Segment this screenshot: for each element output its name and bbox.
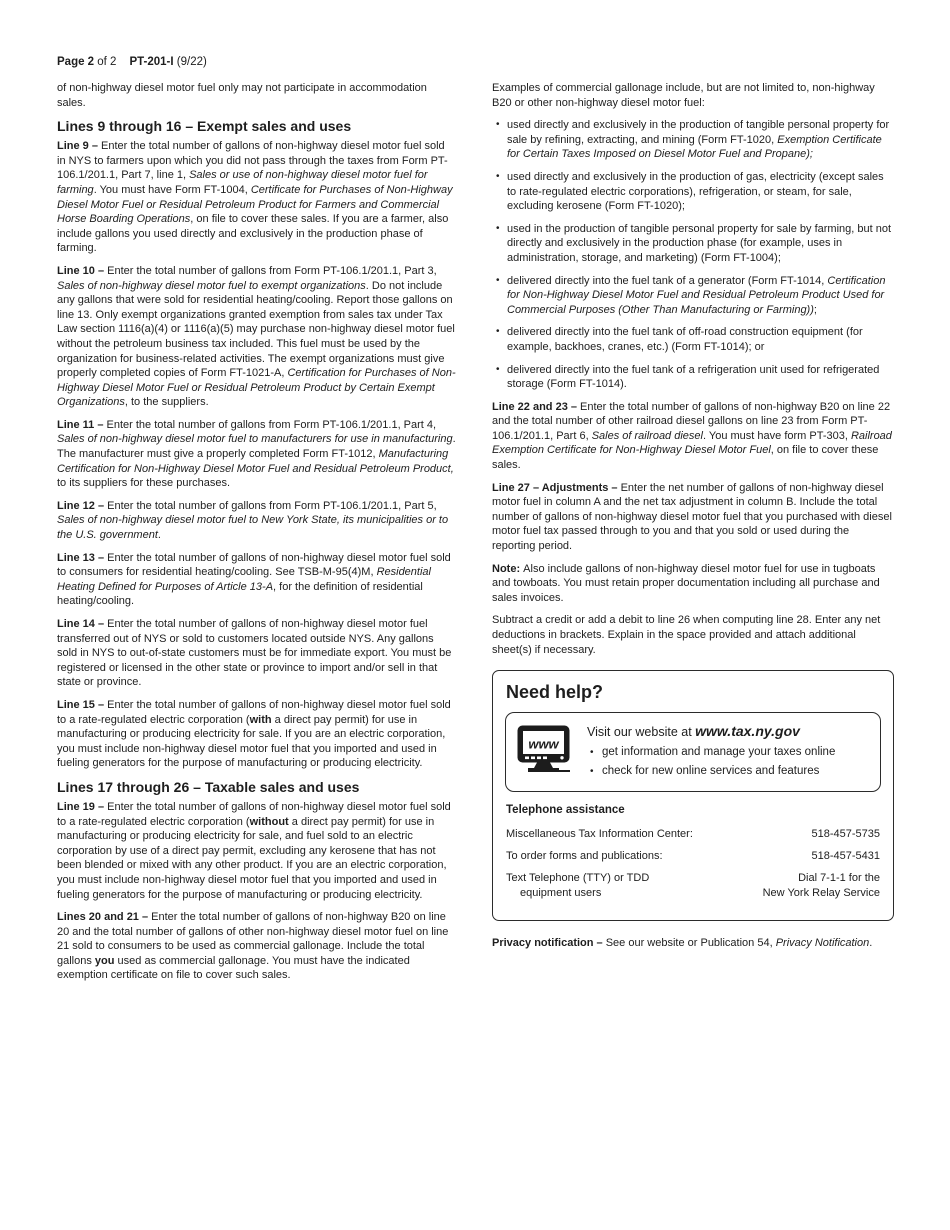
form-id: PT-201-I bbox=[129, 56, 173, 68]
bullet-item: •delivered directly into the fuel tank o… bbox=[492, 363, 894, 392]
svg-text:www: www bbox=[528, 737, 559, 752]
need-help-title: Need help? bbox=[506, 681, 881, 703]
bullet-item: •used directly and exclusively in the pr… bbox=[492, 170, 894, 214]
right-column-text: Examples of commercial gallonage include… bbox=[492, 81, 894, 657]
bullet-text: used directly and exclusively in the pro… bbox=[507, 170, 894, 214]
page-count: of 2 bbox=[94, 56, 116, 68]
bullet-icon: • bbox=[492, 118, 507, 162]
visit-website-line: Visit our website at www.tax.ny.gov bbox=[587, 723, 870, 740]
bullet-text: used in the production of tangible perso… bbox=[507, 222, 894, 266]
paragraph: Line 27 – Adjustments – Enter the net nu… bbox=[492, 481, 894, 554]
paragraph: Note: Also include gallons of non-highwa… bbox=[492, 562, 894, 606]
bullet-icon: • bbox=[492, 170, 507, 214]
bullet-text: delivered directly into the fuel tank of… bbox=[507, 274, 894, 318]
bullet-icon: • bbox=[587, 764, 602, 780]
paragraph: Line 14 – Enter the total number of gall… bbox=[57, 617, 456, 690]
tty-label-line2: equipment users bbox=[506, 886, 601, 901]
visit-prefix: Visit our website at bbox=[587, 725, 695, 739]
telephone-row: To order forms and publications: 518-457… bbox=[506, 849, 880, 864]
bullet-icon: • bbox=[492, 325, 507, 354]
privacy-notification: Privacy notification – See our website o… bbox=[492, 936, 894, 951]
bullet-text: delivered directly into the fuel tank of… bbox=[507, 325, 894, 354]
paragraph: Line 19 – Enter the total number of gall… bbox=[57, 800, 456, 902]
tty-value-line2: New York Relay Service bbox=[763, 887, 880, 899]
website-box: www Visit our website at www.tax.ny.gov bbox=[505, 712, 881, 792]
need-help-box: Need help? www bbox=[492, 670, 894, 920]
telephone-row-label: To order forms and publications: bbox=[506, 849, 663, 864]
bullet-icon: • bbox=[492, 222, 507, 266]
website-url: www.tax.ny.gov bbox=[695, 723, 800, 739]
left-column: of non-highway diesel motor fuel only ma… bbox=[57, 81, 456, 991]
form-revision: (9/22) bbox=[174, 56, 207, 68]
bullet-item: •delivered directly into the fuel tank o… bbox=[492, 325, 894, 354]
bullet-icon: • bbox=[492, 274, 507, 318]
section-heading: Lines 17 through 26 – Taxable sales and … bbox=[57, 779, 456, 796]
paragraph: Line 13 – Enter the total number of gall… bbox=[57, 551, 456, 609]
right-column: Examples of commercial gallonage include… bbox=[492, 81, 894, 958]
bullet-item: •used directly and exclusively in the pr… bbox=[492, 118, 894, 162]
page-header: Page 2 of 2PT-201-I (9/22) bbox=[57, 55, 207, 69]
bullet-text: used directly and exclusively in the pro… bbox=[507, 118, 894, 162]
bullet-item: •used in the production of tangible pers… bbox=[492, 222, 894, 266]
page-number: Page 2 bbox=[57, 56, 94, 68]
web-bullet-text: get information and manage your taxes on… bbox=[602, 745, 835, 761]
paragraph: Line 10 – Enter the total number of gall… bbox=[57, 264, 456, 410]
bullet-item: •delivered directly into the fuel tank o… bbox=[492, 274, 894, 318]
bullet-text: delivered directly into the fuel tank of… bbox=[507, 363, 894, 392]
paragraph: Lines 20 and 21 – Enter the total number… bbox=[57, 910, 456, 983]
tty-value-line1: Dial 7-1-1 for the bbox=[798, 872, 880, 884]
document-page: Page 2 of 2PT-201-I (9/22) of non-highwa… bbox=[0, 0, 950, 1230]
paragraph: Privacy notification – See our website o… bbox=[492, 936, 894, 951]
paragraph: Examples of commercial gallonage include… bbox=[492, 81, 894, 110]
telephone-row: Text Telephone (TTY) or TDD equipment us… bbox=[506, 871, 880, 900]
telephone-row: Miscellaneous Tax Information Center: 51… bbox=[506, 827, 880, 842]
telephone-row-number: 518-457-5431 bbox=[811, 849, 880, 864]
telephone-row-number: 518-457-5735 bbox=[811, 827, 880, 842]
bullet-icon: • bbox=[587, 745, 602, 761]
web-bullet-item: • check for new online services and feat… bbox=[587, 764, 870, 780]
paragraph: of non-highway diesel motor fuel only ma… bbox=[57, 81, 456, 110]
web-bullet-text: check for new online services and featur… bbox=[602, 764, 819, 780]
website-text: Visit our website at www.tax.ny.gov • ge… bbox=[587, 722, 870, 782]
section-heading: Lines 9 through 16 – Exempt sales and us… bbox=[57, 118, 456, 135]
www-monitor-icon: www bbox=[516, 724, 574, 779]
paragraph: Line 15 – Enter the total number of gall… bbox=[57, 698, 456, 771]
paragraph: Line 9 – Enter the total number of gallo… bbox=[57, 139, 456, 256]
web-bullet-item: • get information and manage your taxes … bbox=[587, 745, 870, 761]
telephone-row-label: Text Telephone (TTY) or TDD equipment us… bbox=[506, 871, 649, 900]
paragraph: Line 22 and 23 – Enter the total number … bbox=[492, 400, 894, 473]
telephone-row-number: Dial 7-1-1 for the New York Relay Servic… bbox=[763, 871, 880, 900]
paragraph: Line 11 – Enter the total number of gall… bbox=[57, 418, 456, 491]
paragraph: Line 12 – Enter the total number of gall… bbox=[57, 499, 456, 543]
bullet-icon: • bbox=[492, 363, 507, 392]
telephone-assistance-heading: Telephone assistance bbox=[506, 803, 880, 818]
tty-label-line1: Text Telephone (TTY) or TDD bbox=[506, 872, 649, 884]
paragraph: Subtract a credit or add a debit to line… bbox=[492, 613, 894, 657]
telephone-row-label: Miscellaneous Tax Information Center: bbox=[506, 827, 693, 842]
